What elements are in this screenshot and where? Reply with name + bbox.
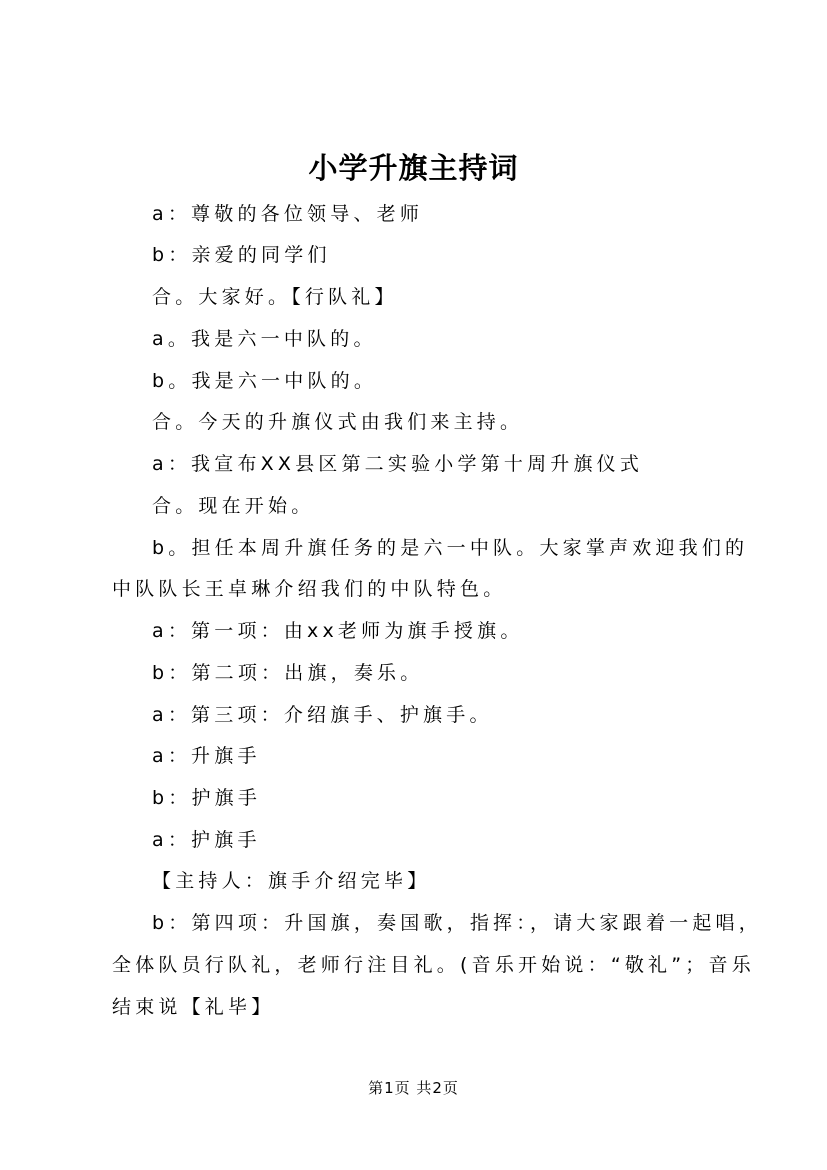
paragraph-line: 全体队员行队礼，老师行注目礼。(音乐开始说：“敬礼”；音乐: [112, 953, 742, 977]
paragraph-line: b：护旗手: [112, 786, 782, 810]
paragraph-line: a：我宣布XX县区第二实验小学第十周升旗仪式: [112, 452, 782, 476]
page-indicator: 第1页 共2页: [0, 1077, 827, 1098]
paragraph-line: b：亲爱的同学们: [112, 243, 782, 267]
paragraph-line: a：尊敬的各位领导、老师: [112, 202, 782, 226]
paragraph-line: 【主持人：旗手介绍完毕】: [112, 869, 782, 893]
paragraph-line: 合。今天的升旗仪式由我们来主持。: [112, 410, 782, 434]
paragraph-line: b。担任本周升旗任务的是六一中队。大家掌声欢迎我们的: [112, 536, 782, 560]
paragraph-line: a：第三项：介绍旗手、护旗手。: [112, 703, 782, 727]
paragraph-line: a。我是六一中队的。: [112, 327, 782, 351]
paragraph-line: b：第二项：出旗，奏乐。: [112, 661, 782, 685]
paragraph-line: 结束说【礼毕】: [112, 995, 742, 1019]
paragraph-line: a：护旗手: [112, 828, 782, 852]
paragraph-line: 合。大家好。【行队礼】: [112, 285, 782, 309]
paragraph-line: 中队队长王卓琳介绍我们的中队特色。: [112, 577, 742, 601]
paragraph-line: a：升旗手: [112, 744, 782, 768]
paragraph-line: b：第四项：升国旗，奏国歌，指挥：，请大家跟着一起唱，: [112, 911, 782, 935]
document-page: 小学升旗主持词 a：尊敬的各位领导、老师 b：亲爱的同学们 合。大家好。【行队礼…: [0, 0, 827, 1170]
document-title: 小学升旗主持词: [0, 146, 827, 187]
paragraph-line: 合。现在开始。: [112, 494, 782, 518]
paragraph-line: a：第一项：由xx老师为旗手授旗。: [112, 619, 782, 643]
paragraph-line: b。我是六一中队的。: [112, 369, 782, 393]
